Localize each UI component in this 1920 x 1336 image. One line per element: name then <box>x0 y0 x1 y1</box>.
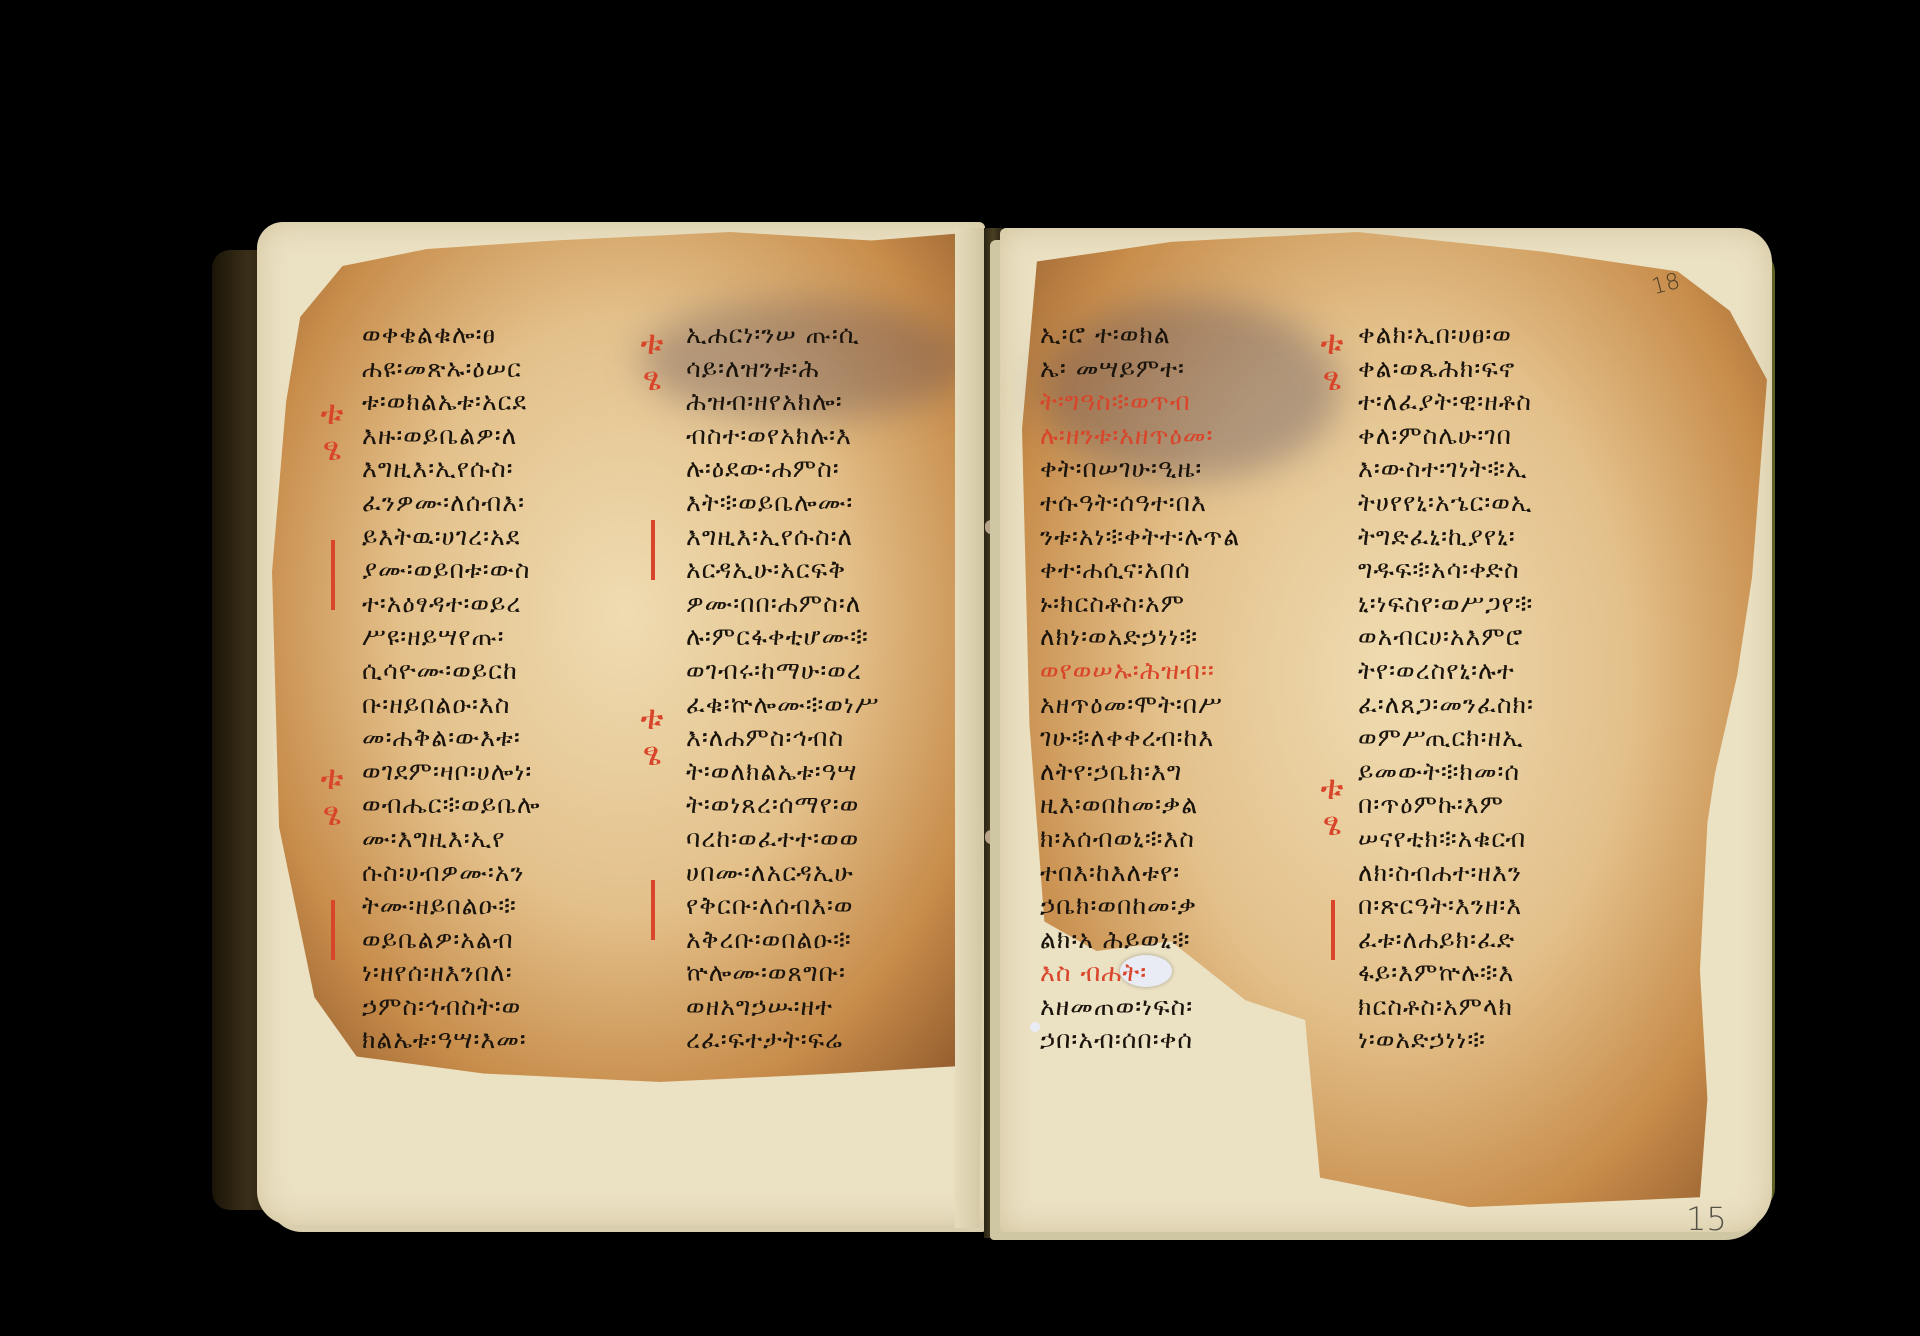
left-margin-mark: ቱፄ <box>312 395 352 467</box>
left-margin-mark-lower: ቱፄ <box>312 760 352 832</box>
folio-number: 15 <box>1686 1200 1727 1238</box>
left-center-margin-mark: ቱፄ <box>632 325 672 397</box>
left-page-column-1: ወቀቄልቁሎ፡ፀሐዩ፡መጽኡ፡ዕሠርቱ፡ወክልኤቱ፡አርደእዙ፡ወይቤልዎ፡ለእ… <box>362 318 541 1057</box>
right-page-column-2: ቀልክ፡ኢበ፡ሀፀ፡ወቀል፡ወጼሕክ፡ፍኖተ፡ለፈያት፡ዊ፡ዘቶስቀለ፡ምስሌሁ… <box>1358 318 1534 1057</box>
left-margin-rule-lower <box>331 900 335 960</box>
right-center-margin-mark: ቱፄ <box>1312 325 1352 397</box>
right-center-margin-rule <box>1331 900 1335 960</box>
left-center-margin-mark-lower: ቱፄ <box>632 700 672 772</box>
right-center-margin-mark-lower: ቱፄ <box>1312 770 1352 842</box>
left-margin-rule <box>331 540 335 610</box>
left-page-column-2: ኢሐርነ፡ንሠ ጡ፡ሲሳይ፡ለዝንቱ፡ሕሕዝብ፡ዘየአክሎ፡ብስተ፡ወየአክሉ፡… <box>686 318 880 1057</box>
right-page-column-1: ኢ፡ሮ ተ፡ወክልኤ፡ መሣይምተ፡ት፡ግዓስ፨ወጥብሉ፡ዘንቱ፡አዘጥዕመ፡ቀ… <box>1040 318 1240 1057</box>
parchment-hole-small <box>1030 1022 1040 1032</box>
left-center-margin-rule <box>651 520 655 580</box>
left-center-margin-rule-lower <box>651 880 655 940</box>
